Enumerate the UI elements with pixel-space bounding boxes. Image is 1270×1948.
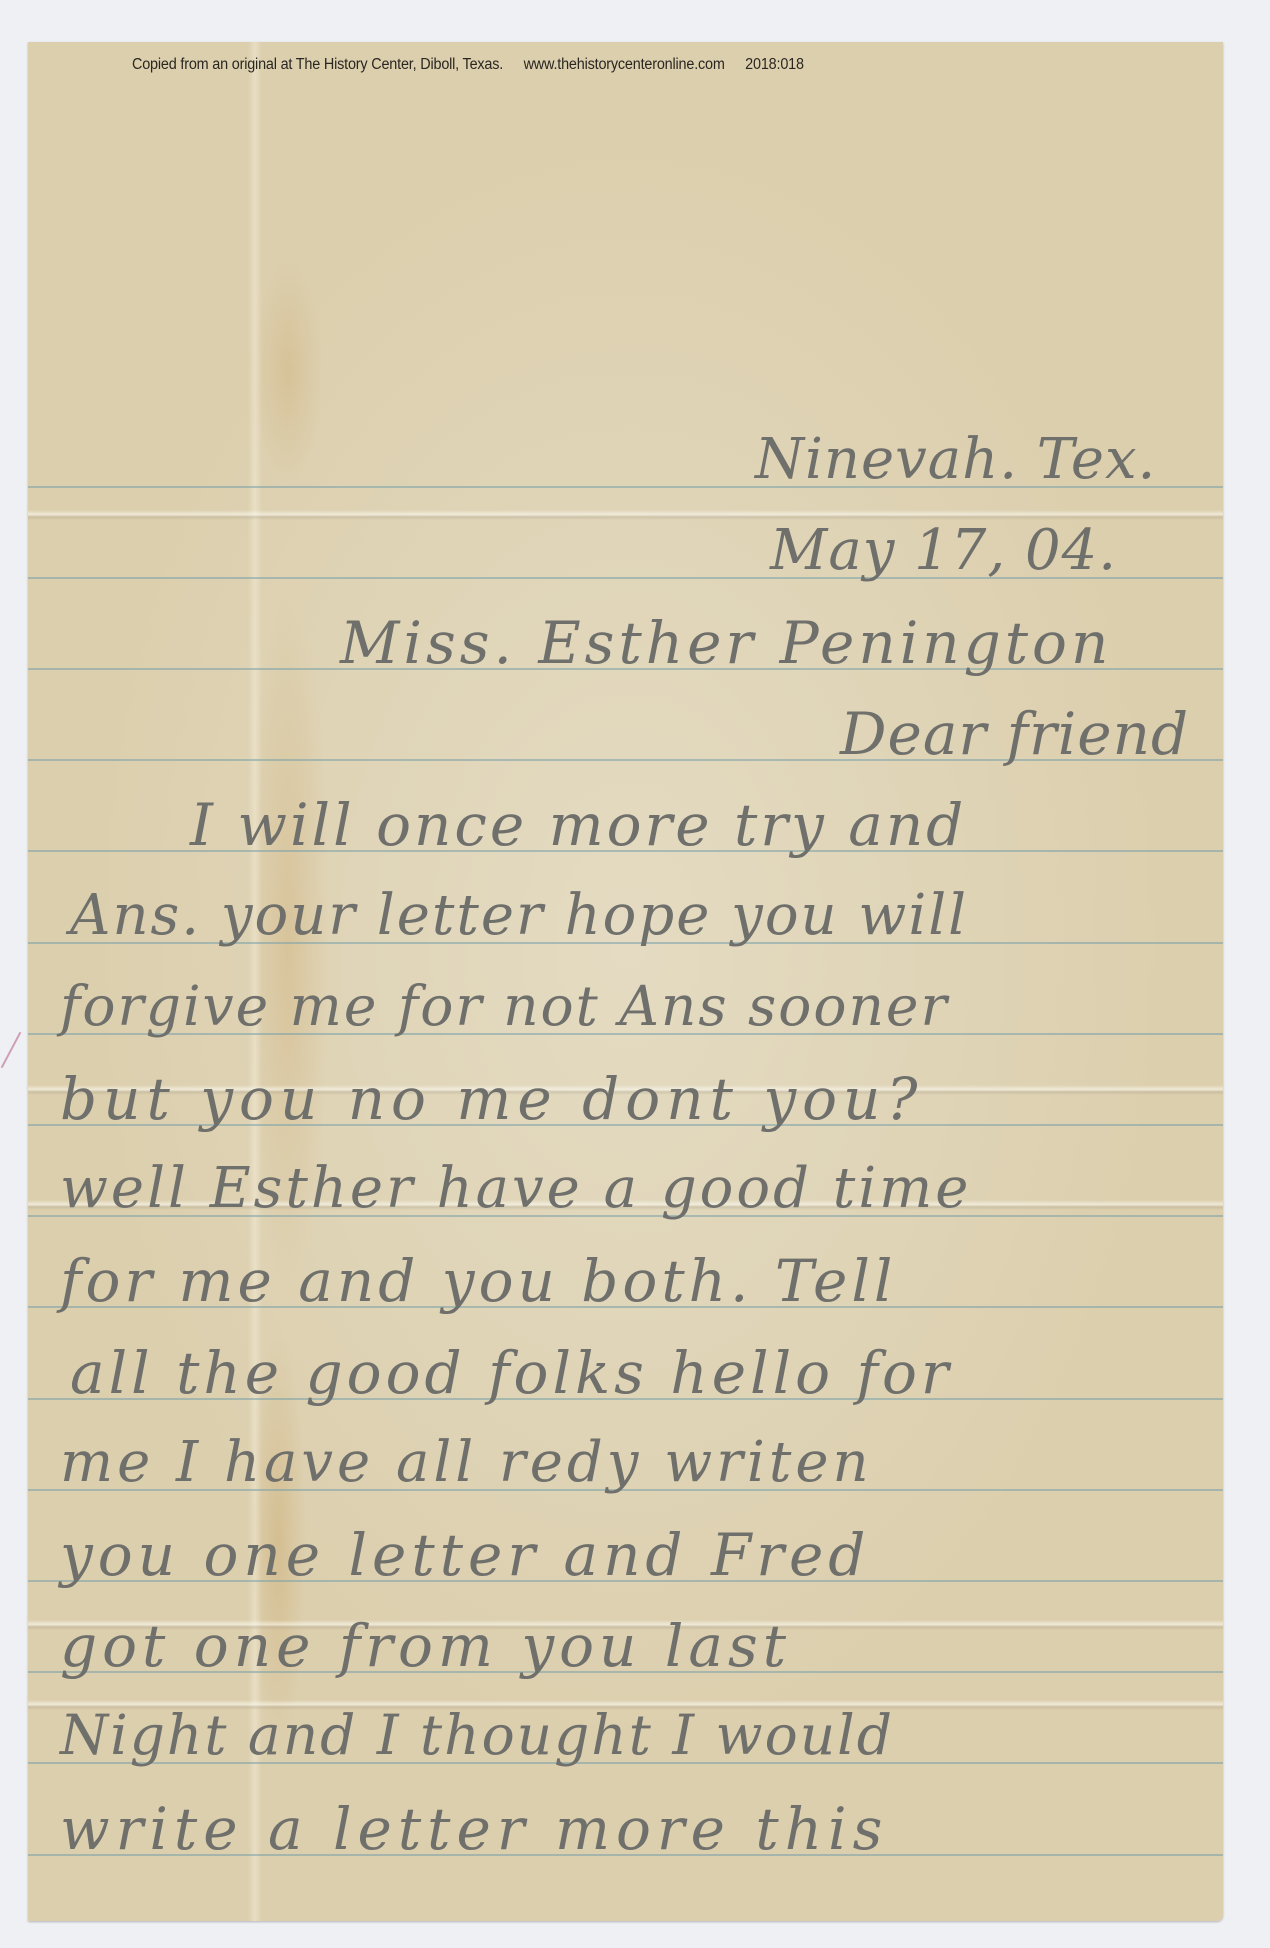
letter-salutation: Dear friend: [840, 705, 1189, 763]
letter-date: May 17, 04.: [770, 523, 1117, 579]
archive-accession-number: 2018:018: [745, 56, 804, 74]
letter-line: for me and you both. Tell: [60, 1252, 896, 1310]
letter-place: Ninevah. Tex.: [755, 432, 1156, 488]
letter-line: write a letter more this: [60, 1800, 888, 1858]
letter-line: well Esther have a good time: [60, 1161, 971, 1217]
letter-line: Night and I thought I would: [60, 1708, 894, 1763]
letter-recipient: Miss. Esther Penington: [340, 614, 1112, 672]
margin-ink-mark: [1, 1032, 22, 1068]
letter-line: Ans. your letter hope you will: [70, 888, 968, 944]
archive-note-prefix: Copied from an original at The History C…: [132, 56, 503, 74]
letter-line: but you no me dont you?: [60, 1070, 923, 1128]
letter-line: all the good folks hello for: [70, 1344, 953, 1402]
letter-line: I will once more try and: [190, 796, 966, 854]
letter-line: me I have all redy writen: [60, 1435, 873, 1491]
letter-line: forgive me for not Ans sooner: [60, 979, 949, 1034]
letter-line: you one letter and Fred: [60, 1526, 870, 1584]
letter-line: got one from you last: [60, 1617, 791, 1675]
archive-copy-note: Copied from an original at The History C…: [132, 56, 1062, 74]
archive-website: www.thehistorycenteronline.com: [524, 56, 725, 74]
